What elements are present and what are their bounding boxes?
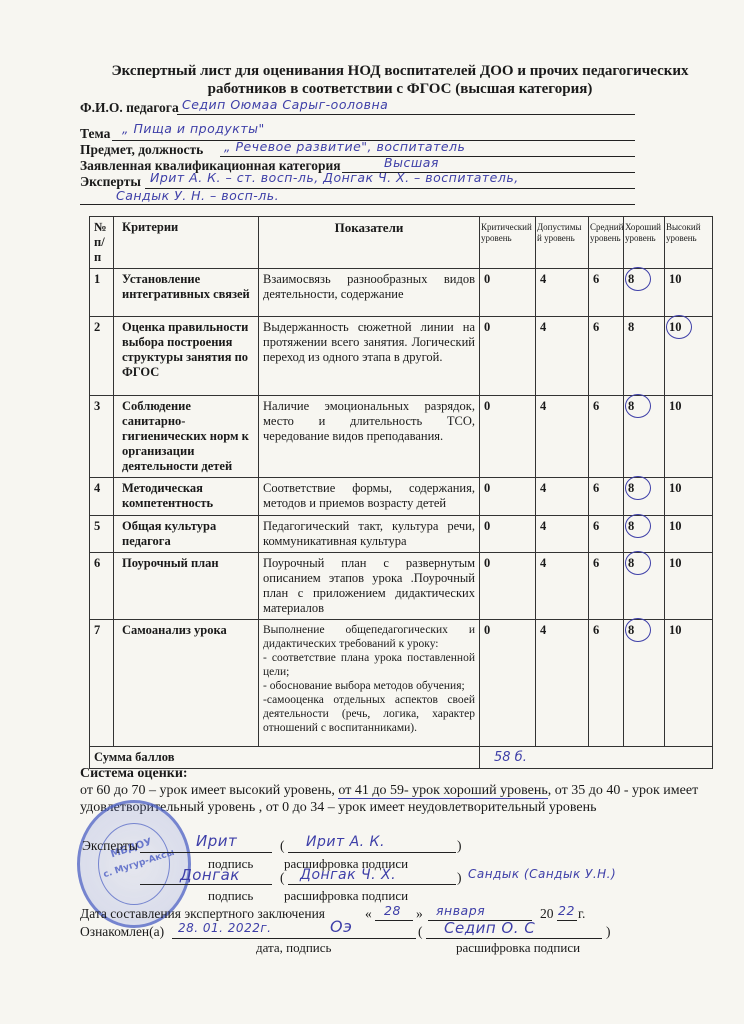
criteria-table: № п/ п Критерии Показатели Критический у…: [89, 216, 713, 769]
score-value: 10: [669, 623, 682, 637]
ack-line: [172, 938, 416, 939]
row-number: 1: [90, 269, 114, 317]
score-value: 10: [669, 556, 682, 570]
indicator-line: Выполнение общепедагогических и дидактич…: [263, 623, 475, 651]
criterion-name: Установление интегративных связей: [114, 269, 259, 317]
score-option[interactable]: 10: [665, 478, 713, 516]
criterion-name: Поурочный план: [114, 553, 259, 620]
score-option[interactable]: 0: [480, 620, 536, 747]
score-option[interactable]: 10: [665, 516, 713, 553]
score-option[interactable]: 10: [665, 620, 713, 747]
score-value: 8: [628, 320, 634, 334]
date-month[interactable]: января: [436, 903, 485, 918]
score-option[interactable]: 4: [536, 620, 589, 747]
header-level-average: Средний уровень: [589, 217, 624, 269]
table-row: 4Методическая компетентностьСоответствие…: [90, 478, 713, 516]
score-option[interactable]: 6: [589, 620, 624, 747]
experts-signature-label: Эксперты: [82, 838, 138, 854]
row-number: 3: [90, 396, 114, 478]
score-value: 4: [540, 272, 546, 286]
score-option[interactable]: 8: [624, 478, 665, 516]
header-criteria: Критерии: [114, 217, 259, 269]
header-level-acceptable: Допустимы й уровень: [536, 217, 589, 269]
date-day[interactable]: 28: [384, 903, 401, 918]
row-number: 2: [90, 317, 114, 396]
row-number: 4: [90, 478, 114, 516]
score-value: 0: [484, 399, 490, 413]
score-value: 6: [593, 481, 599, 495]
score-option[interactable]: 0: [480, 317, 536, 396]
ack-open-paren: (: [418, 924, 423, 940]
table-row: 7Самоанализ урокаВыполнение общепедагоги…: [90, 620, 713, 747]
selected-score-circle: [666, 315, 692, 339]
date-year-prefix: 20: [540, 906, 554, 922]
indicator-text: Соответствие формы, содержания, методов …: [259, 478, 480, 516]
score-value: 0: [484, 623, 490, 637]
score-option[interactable]: 10: [665, 317, 713, 396]
indicator-line: - обоснование выбора методов обучения;: [263, 679, 475, 693]
score-value: 6: [593, 556, 599, 570]
score-value: 4: [540, 623, 546, 637]
teacher-name-handwritten[interactable]: Седип Оюмаа Сарыг-ооловна: [182, 97, 388, 112]
header-indicators: Показатели: [259, 217, 480, 269]
score-value: 10: [669, 272, 682, 286]
criterion-name: Общая культура педагога: [114, 516, 259, 553]
date-close-quote: »: [416, 906, 423, 922]
table-row: 6Поурочный планПоурочный план с разверну…: [90, 553, 713, 620]
close-paren-1: ): [457, 838, 462, 854]
table-row: 5Общая культура педагогаПедагогический т…: [90, 516, 713, 553]
grading-heading: Система оценки:: [80, 765, 720, 782]
score-value: 4: [540, 519, 546, 533]
selected-score-circle: [625, 267, 651, 291]
score-option[interactable]: 10: [665, 396, 713, 478]
category-handwritten[interactable]: Высшая: [384, 155, 439, 170]
ack-close-paren: ): [606, 924, 611, 940]
score-option[interactable]: 0: [480, 269, 536, 317]
subject-handwritten[interactable]: „ Речевое развитие", воспитатель: [224, 139, 465, 154]
signature-3-note[interactable]: Сандык (Сандык У.Н.): [468, 867, 616, 881]
row-number: 5: [90, 516, 114, 553]
decode-line-1: [288, 852, 456, 853]
open-paren-2: (: [280, 870, 285, 886]
score-value: 0: [484, 556, 490, 570]
topic-field: Тема: [80, 126, 110, 142]
date-year-line: [557, 920, 577, 921]
date-label: Дата составления экспертного заключения: [80, 906, 325, 922]
indicator-line: - соответствие плана урока поставленной …: [263, 651, 475, 679]
signature-line-2: [140, 884, 272, 885]
indicator-text: Выдержанность сюжетной линии на протяжен…: [259, 317, 480, 396]
score-value: 4: [540, 320, 546, 334]
score-option[interactable]: 0: [480, 516, 536, 553]
score-option[interactable]: 8: [624, 396, 665, 478]
score-option[interactable]: 4: [536, 396, 589, 478]
score-option[interactable]: 10: [665, 269, 713, 317]
score-value: 6: [593, 519, 599, 533]
date-year[interactable]: 22: [558, 903, 575, 918]
score-value: 4: [540, 481, 546, 495]
score-option[interactable]: 6: [589, 553, 624, 620]
score-value: 6: [593, 272, 599, 286]
score-option[interactable]: 6: [589, 516, 624, 553]
indicator-line: -самооценка отдельных аспектов своей дея…: [263, 693, 475, 735]
score-value: 0: [484, 481, 490, 495]
signature-1[interactable]: Ирит: [196, 832, 237, 850]
sum-value[interactable]: 58 б.: [494, 750, 527, 765]
score-option[interactable]: 8: [624, 516, 665, 553]
table-row: 1Установление интегративных связейВзаимо…: [90, 269, 713, 317]
header-level-critical: Критический уровень: [480, 217, 536, 269]
close-paren-2: ): [457, 870, 462, 886]
table-header-row: № п/ п Критерии Показатели Критический у…: [90, 217, 713, 269]
score-option[interactable]: 4: [536, 478, 589, 516]
grading-system: Система оценки: от 60 до 70 – урок имеет…: [80, 765, 720, 816]
table-row: 3Соблюдение санитарно-гигиенических норм…: [90, 396, 713, 478]
header-num: № п/ п: [90, 217, 114, 269]
score-value: 4: [540, 556, 546, 570]
header-level-high: Высокий уровень: [665, 217, 713, 269]
score-value: 6: [593, 399, 599, 413]
score-option[interactable]: 4: [536, 516, 589, 553]
caption-decode-2: расшифровка подписи: [284, 888, 408, 904]
ack-label: Ознакомлен(а): [80, 924, 164, 940]
signature-line-1: [140, 852, 272, 853]
selected-score-circle: [625, 551, 651, 575]
indicator-text: Выполнение общепедагогических и дидактич…: [259, 620, 480, 747]
score-value: 4: [540, 399, 546, 413]
score-option[interactable]: 8: [624, 317, 665, 396]
selected-score-circle: [625, 514, 651, 538]
score-option[interactable]: 8: [624, 269, 665, 317]
score-option[interactable]: 0: [480, 553, 536, 620]
caption-date-signature: дата, подпись: [256, 940, 331, 956]
teacher-field: Ф.И.О. педагога: [80, 100, 179, 116]
signature-1-decoded[interactable]: Ирит А. К.: [306, 834, 385, 850]
grading-text: от 60 до 70 – урок имеет высокий уровень…: [80, 782, 720, 816]
experts-underline-2: [80, 204, 635, 205]
score-option[interactable]: 4: [536, 553, 589, 620]
subject-field: Предмет, должность: [80, 142, 203, 158]
criterion-name: Самоанализ урока: [114, 620, 259, 747]
selected-score-circle: [625, 476, 651, 500]
score-value: 0: [484, 272, 490, 286]
score-option[interactable]: 10: [665, 553, 713, 620]
experts-handwritten-1[interactable]: Ирит А. К. – ст. восп-ль, Донгак Ч. Х. –…: [150, 170, 519, 185]
experts-handwritten-2[interactable]: Сандык У. Н. – восп-ль.: [116, 188, 279, 203]
date-day-line: [375, 920, 413, 921]
score-option[interactable]: 8: [624, 553, 665, 620]
criterion-name: Оценка правильности выбора построения ст…: [114, 317, 259, 396]
score-option[interactable]: 0: [480, 478, 536, 516]
document-title: Экспертный лист для оценивания НОД воспи…: [80, 62, 720, 98]
table-row: 2Оценка правильности выбора построения с…: [90, 317, 713, 396]
score-value: 0: [484, 519, 490, 533]
score-value: 0: [484, 320, 490, 334]
indicator-text: Педагогический такт, культура речи, комм…: [259, 516, 480, 553]
score-option[interactable]: 8: [624, 620, 665, 747]
score-value: 10: [669, 399, 682, 413]
score-option[interactable]: 4: [536, 269, 589, 317]
score-option[interactable]: 4: [536, 317, 589, 396]
score-option[interactable]: 6: [589, 478, 624, 516]
score-option[interactable]: 6: [589, 269, 624, 317]
teacher-underline: [177, 114, 635, 115]
row-number: 7: [90, 620, 114, 747]
ack-decode-line: [426, 938, 602, 939]
date-suffix: г.: [578, 906, 585, 922]
grading-highlight: от 41 до 59- урок хороший уровень: [338, 783, 547, 799]
selected-score-circle: [625, 394, 651, 418]
score-value: 10: [669, 519, 682, 533]
decode-line-2: [288, 884, 456, 885]
criterion-name: Соблюдение санитарно-гигиенических норм …: [114, 396, 259, 478]
ack-decoded[interactable]: Седип О. С: [444, 919, 535, 937]
open-paren-1: (: [280, 838, 285, 854]
date-open-quote: «: [365, 906, 372, 922]
score-value: 10: [669, 481, 682, 495]
indicator-text: Поурочный план с развернутым описанием э…: [259, 553, 480, 620]
ack-signature[interactable]: Оэ: [330, 917, 352, 936]
indicator-text: Наличие эмоциональных разрядок, место и …: [259, 396, 480, 478]
signature-2-decoded[interactable]: Донгак Ч. Х.: [300, 867, 396, 883]
row-number: 6: [90, 553, 114, 620]
score-option[interactable]: 6: [589, 396, 624, 478]
expert-sheet-page: Экспертный лист для оценивания НОД воспи…: [0, 0, 744, 1024]
score-option[interactable]: 6: [589, 317, 624, 396]
score-value: 6: [593, 320, 599, 334]
selected-score-circle: [625, 618, 651, 642]
topic-handwritten[interactable]: „ Пища и продукты": [122, 121, 265, 136]
criterion-name: Методическая компетентность: [114, 478, 259, 516]
caption-signature-2: подпись: [208, 888, 253, 904]
signature-2[interactable]: Донгак: [180, 866, 240, 884]
score-option[interactable]: 0: [480, 396, 536, 478]
header-level-good: Хороший уровень: [624, 217, 665, 269]
score-value: 6: [593, 623, 599, 637]
indicator-text: Взаимосвязь разнообразных видов деятельн…: [259, 269, 480, 317]
caption-decode-3: расшифровка подписи: [456, 940, 580, 956]
ack-date[interactable]: 28. 01. 2022г.: [178, 921, 271, 935]
